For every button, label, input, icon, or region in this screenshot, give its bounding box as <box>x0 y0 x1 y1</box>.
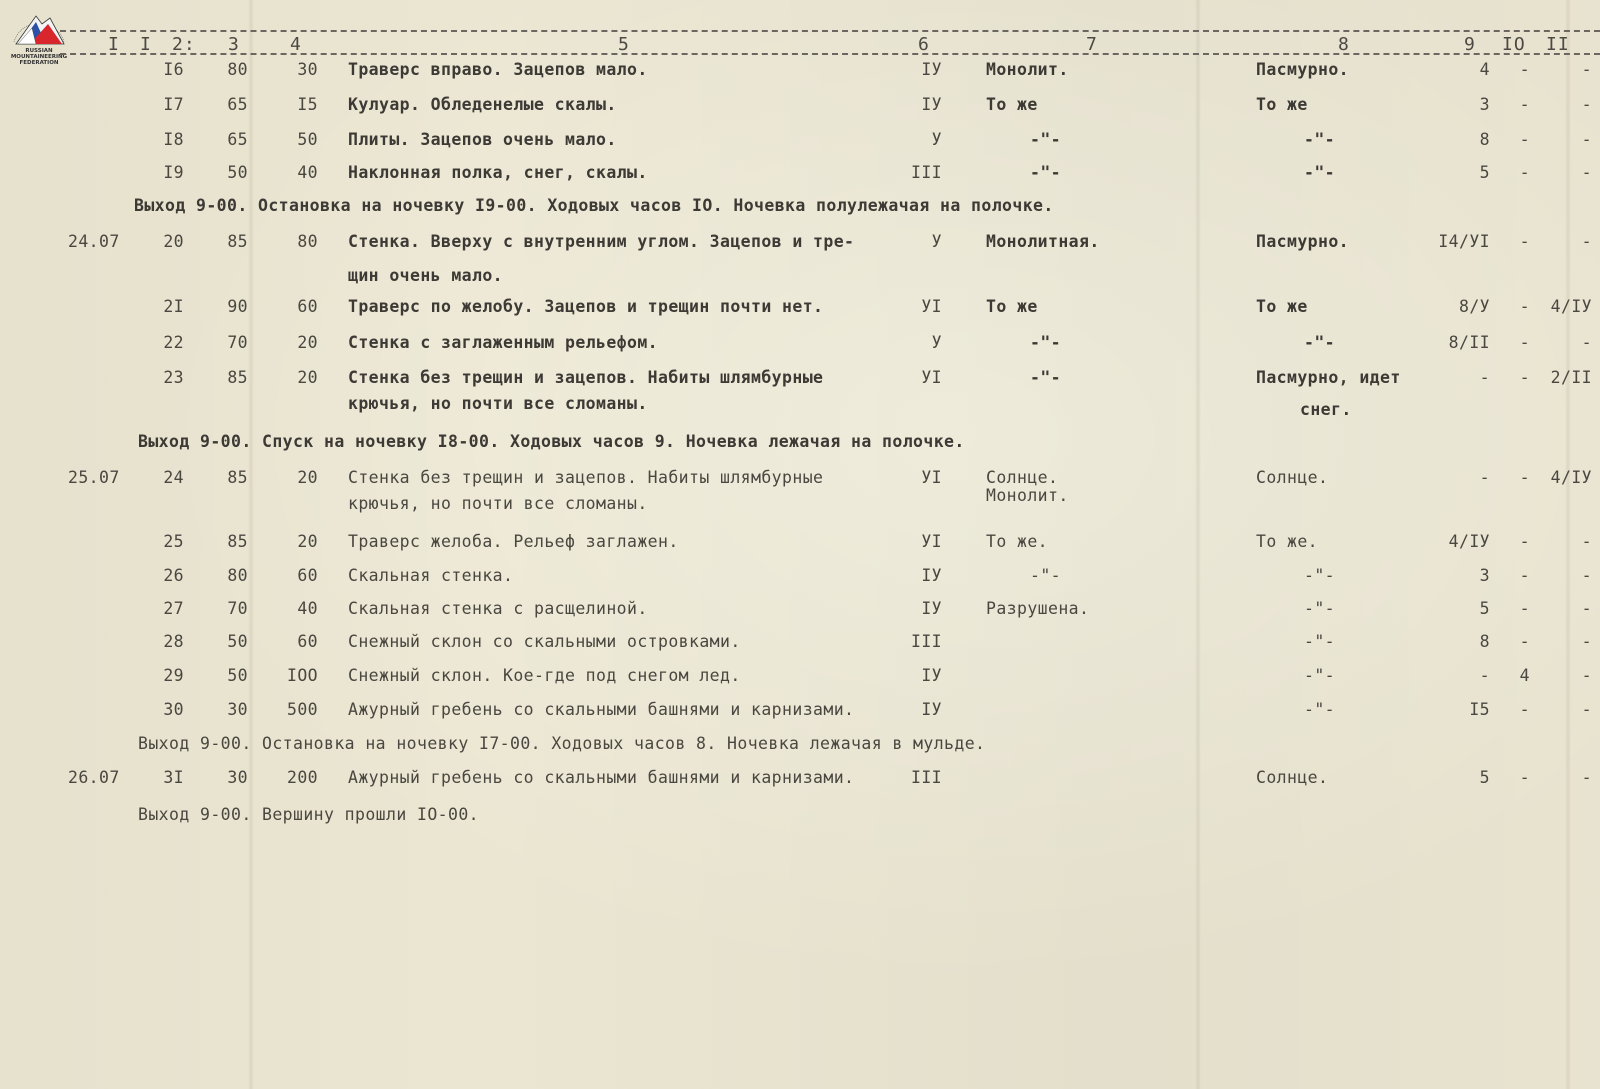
description-cell: Снежный склон. Кое-где под снегом лед. <box>348 666 741 685</box>
rock-character-cell: -"- <box>1030 566 1061 585</box>
rock-character-cell: То же <box>986 297 1038 316</box>
mountain-logo-icon <box>6 4 72 48</box>
weather-cell: Солнце. <box>1256 468 1328 487</box>
difficulty-cell: IУ <box>862 60 942 79</box>
difficulty-cell: УI <box>862 368 942 387</box>
weather-cell: -"- <box>1304 130 1335 149</box>
weather-cell: -"- <box>1304 163 1335 182</box>
weather-cell: снег. <box>1300 400 1352 419</box>
column-header-8: 7 <box>1086 34 1098 55</box>
length-cell: 20 <box>238 468 318 487</box>
difficulty-cell: УI <box>862 532 942 551</box>
rock-character-cell: Разрушена. <box>986 599 1089 618</box>
column-header-5: 4 <box>290 34 302 55</box>
bolts-cell: - <box>1512 599 1592 618</box>
steepness-cell: 85 <box>168 468 248 487</box>
length-cell: 40 <box>238 163 318 182</box>
description-cell: Скальная стенка с расщелиной. <box>348 599 648 618</box>
description-cell: Стенка. Вверху с внутренним углом. Зацеп… <box>348 232 854 251</box>
difficulty-cell: IУ <box>862 566 942 585</box>
steepness-cell: 85 <box>168 532 248 551</box>
steepness-cell: 85 <box>168 368 248 387</box>
weather-cell: То же. <box>1256 532 1318 551</box>
column-header-11: IO <box>1502 34 1526 55</box>
length-cell: 60 <box>238 566 318 585</box>
steepness-cell: 65 <box>168 95 248 114</box>
weather-cell: -"- <box>1304 333 1335 352</box>
weather-cell: Пасмурно. <box>1256 232 1349 251</box>
weather-cell: -"- <box>1304 599 1335 618</box>
weather-cell: -"- <box>1304 566 1335 585</box>
steepness-cell: 80 <box>168 60 248 79</box>
rock-character-cell: Монолитная. <box>986 232 1100 251</box>
bolts-cell: - <box>1512 666 1592 685</box>
rock-character-cell: -"- <box>1030 163 1061 182</box>
difficulty-cell: У <box>862 232 942 251</box>
length-cell: 50 <box>238 130 318 149</box>
rock-character-cell: Монолит. <box>986 486 1069 505</box>
bolts-cell: - <box>1512 532 1592 551</box>
length-cell: 20 <box>238 532 318 551</box>
bolts-cell: - <box>1512 632 1592 651</box>
length-cell: I5 <box>238 95 318 114</box>
steepness-cell: 30 <box>168 700 248 719</box>
steepness-cell: 65 <box>168 130 248 149</box>
paper-fold <box>1195 0 1201 1089</box>
difficulty-cell: УI <box>862 468 942 487</box>
description-cell: Траверс по желобу. Зацепов и трещин почт… <box>348 297 823 316</box>
description-cell: Стенка с заглаженным рельефом. <box>348 333 658 352</box>
rock-character-cell: -"- <box>1030 368 1061 387</box>
column-header-7: 6 <box>918 34 930 55</box>
rock-character-cell: -"- <box>1030 130 1061 149</box>
difficulty-cell: IУ <box>862 700 942 719</box>
bolts-cell: 2/II <box>1512 368 1592 387</box>
difficulty-cell: УI <box>862 297 942 316</box>
description-cell: Скальная стенка. <box>348 566 513 585</box>
column-header-10: 9 <box>1464 34 1476 55</box>
difficulty-cell: IУ <box>862 599 942 618</box>
logo-caption: RUSSIAN MOUNTAINEERING FEDERATION <box>6 48 72 66</box>
steepness-cell: 70 <box>168 333 248 352</box>
description-cell: Траверс вправо. Зацепов мало. <box>348 60 648 79</box>
header-rule-top <box>60 30 1600 32</box>
difficulty-cell: У <box>862 130 942 149</box>
weather-cell: То же <box>1256 95 1308 114</box>
weather-cell: -"- <box>1304 666 1335 685</box>
steepness-cell: 50 <box>168 666 248 685</box>
length-cell: IOO <box>238 666 318 685</box>
column-header-9: 8 <box>1338 34 1350 55</box>
steepness-cell: 80 <box>168 566 248 585</box>
steepness-cell: 50 <box>168 163 248 182</box>
bolts-cell: - <box>1512 232 1592 251</box>
column-header-6: 5 <box>618 34 630 55</box>
difficulty-cell: III <box>862 768 942 787</box>
description-cell: Стенка без трещин и зацепов. Набиты шлям… <box>348 468 823 487</box>
difficulty-cell: IУ <box>862 95 942 114</box>
description-cell: Снежный склон со скальными островками. <box>348 632 741 651</box>
difficulty-cell: III <box>862 163 942 182</box>
difficulty-cell: IУ <box>862 666 942 685</box>
note-text: Выход 9-00. Спуск на ночевку I8-00. Ходо… <box>138 432 965 451</box>
difficulty-cell: У <box>862 333 942 352</box>
description-cell: Кулуар. Обледенелые скалы. <box>348 95 617 114</box>
description-cell: Плиты. Зацепов очень мало. <box>348 130 617 149</box>
description-cell: Ажурный гребень со скальными башнями и к… <box>348 768 854 787</box>
difficulty-cell: III <box>862 632 942 651</box>
column-header-1: I <box>108 34 120 55</box>
bolts-cell: - <box>1512 566 1592 585</box>
description-cell: Наклонная полка, снег, скалы. <box>348 163 648 182</box>
length-cell: 20 <box>238 368 318 387</box>
rock-character-cell: То же. <box>986 532 1048 551</box>
column-header-2: I <box>140 34 152 55</box>
bolts-cell: - <box>1512 700 1592 719</box>
steepness-cell: 70 <box>168 599 248 618</box>
steepness-cell: 90 <box>168 297 248 316</box>
length-cell: 30 <box>238 60 318 79</box>
description-cell: крючья, но почти все сломаны. <box>348 494 648 513</box>
weather-cell: Солнце. <box>1256 768 1328 787</box>
length-cell: 60 <box>238 297 318 316</box>
weather-cell: -"- <box>1304 700 1335 719</box>
description-cell: щин очень мало. <box>348 266 503 285</box>
length-cell: 500 <box>238 700 318 719</box>
rock-character-cell: Монолит. <box>986 60 1069 79</box>
weather-cell: То же <box>1256 297 1308 316</box>
note-text: Выход 9-00. Остановка на ночевку I9-00. … <box>134 196 1054 215</box>
bolts-cell: - <box>1512 95 1592 114</box>
steepness-cell: 85 <box>168 232 248 251</box>
rock-character-cell: -"- <box>1030 333 1061 352</box>
rock-character-cell: Солнце. <box>986 468 1058 487</box>
note-text: Выход 9-00. Остановка на ночевку I7-00. … <box>138 734 985 753</box>
bolts-cell: - <box>1512 130 1592 149</box>
steepness-cell: 50 <box>168 632 248 651</box>
description-cell: Траверс желоба. Рельеф заглажен. <box>348 532 679 551</box>
column-header-4: 3 <box>228 34 240 55</box>
bolts-cell: - <box>1512 60 1592 79</box>
length-cell: 200 <box>238 768 318 787</box>
bolts-cell: - <box>1512 333 1592 352</box>
bolts-cell: - <box>1512 768 1592 787</box>
weather-cell: Пасмурно, идет <box>1256 368 1401 387</box>
description-cell: крючья, но почти все сломаны. <box>348 394 648 413</box>
note-text: Выход 9-00. Вершину прошли IO-00. <box>138 805 479 824</box>
length-cell: 60 <box>238 632 318 651</box>
description-cell: Стенка без трещин и зацепов. Набиты шлям… <box>348 368 823 387</box>
bolts-cell: - <box>1512 163 1592 182</box>
bolts-cell: 4/IУ <box>1512 468 1592 487</box>
description-cell: Ажурный гребень со скальными башнями и к… <box>348 700 854 719</box>
column-header-12: II <box>1546 34 1570 55</box>
steepness-cell: 30 <box>168 768 248 787</box>
weather-cell: Пасмурно. <box>1256 60 1349 79</box>
rock-character-cell: То же <box>986 95 1038 114</box>
column-header-3: 2: <box>172 34 196 55</box>
length-cell: 40 <box>238 599 318 618</box>
bolts-cell: 4/IУ <box>1512 297 1592 316</box>
weather-cell: -"- <box>1304 632 1335 651</box>
length-cell: 20 <box>238 333 318 352</box>
length-cell: 80 <box>238 232 318 251</box>
